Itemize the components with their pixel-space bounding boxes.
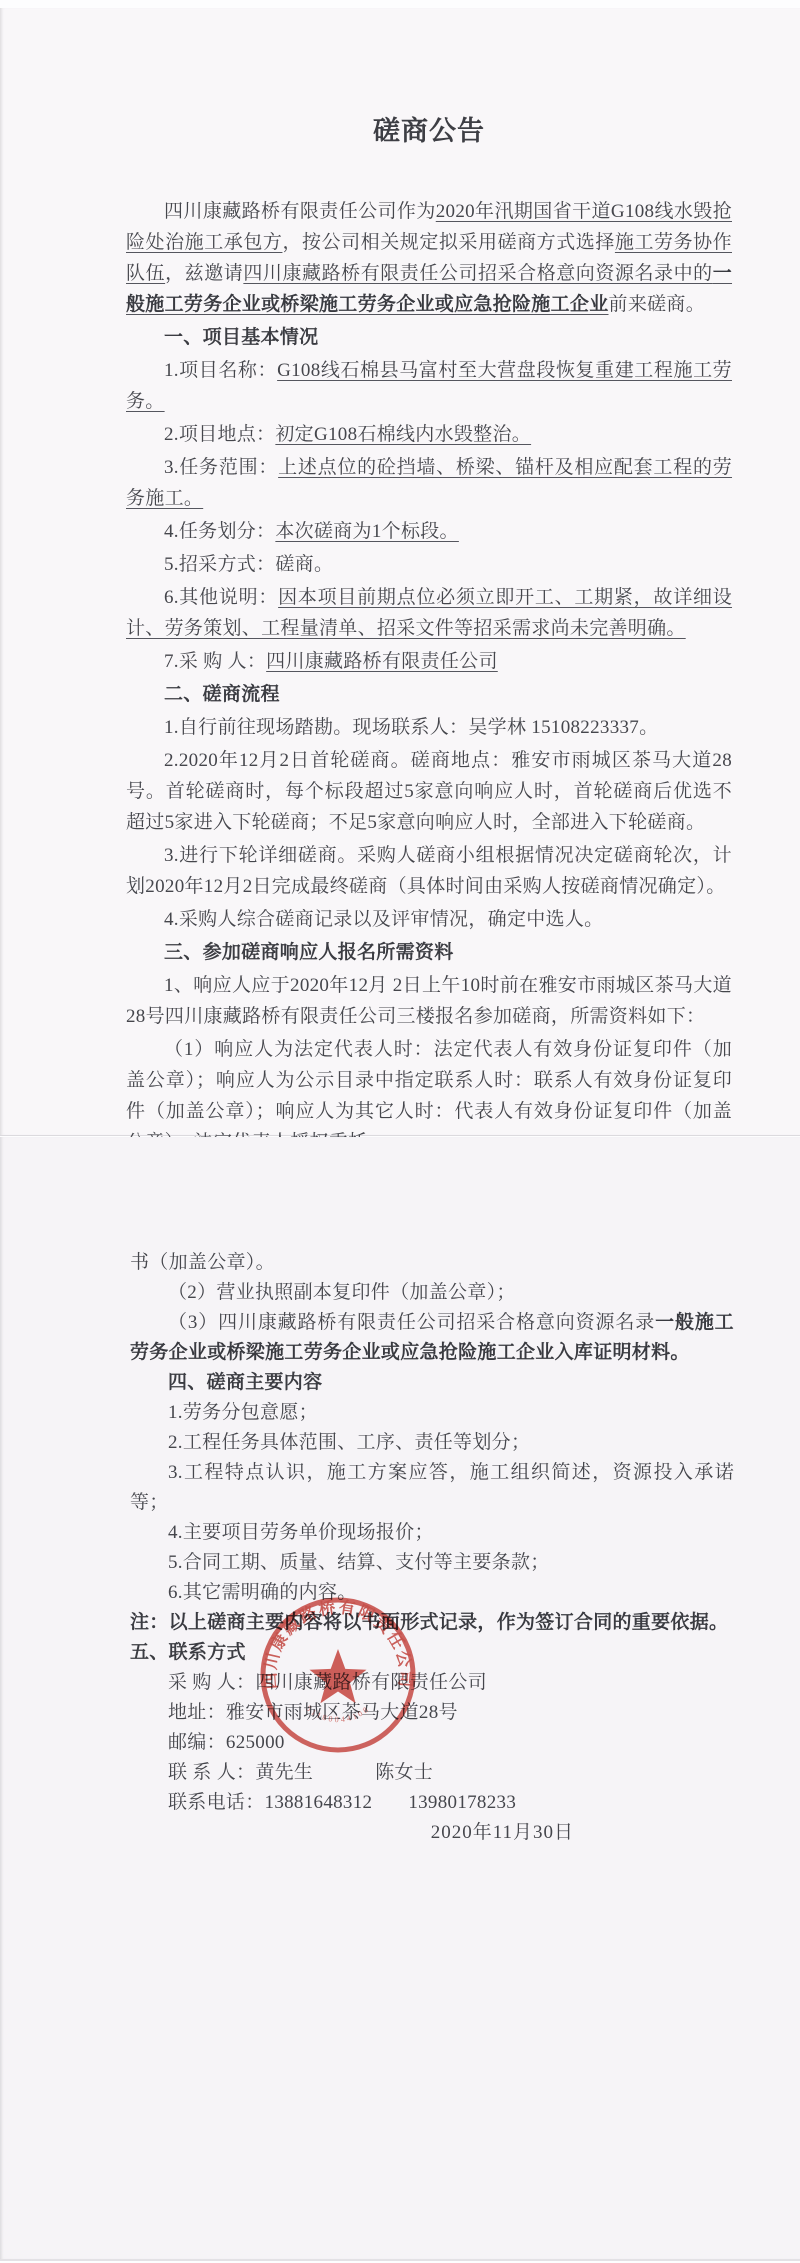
- content-item-3: 3.工程特点认识，施工方案应答，施工组织简述，资源投入承诺等；: [130, 1458, 734, 1518]
- note-line: 注：以上磋商主要内容将以书面形式记录，作为签订合同的重要依据。: [130, 1608, 734, 1638]
- document-page-2: 书（加盖公章）。 （2）营业执照副本复印件（加盖公章）； （3）四川康藏路桥有限…: [0, 1137, 800, 2261]
- contact-label: 地址：: [168, 1702, 226, 1723]
- item-label: 2.项目地点：: [164, 424, 275, 445]
- content-item-1: 1.劳务分包意愿；: [130, 1398, 734, 1428]
- item-label: 3.任务范围：: [164, 457, 278, 478]
- registration-sub-1-continued: 书（加盖公章）。: [130, 1248, 734, 1278]
- contact-postcode-value: 625000: [226, 1732, 285, 1753]
- contact-buyer-line: 采 购 人：四川康藏路桥有限责任公司: [130, 1668, 734, 1698]
- task-scope-item: 3.任务范围：上述点位的砼挡墙、桥梁、锚杆及相应配套工程的劳务施工。: [126, 452, 732, 514]
- contact-phone-2: 13980178233: [408, 1792, 516, 1813]
- contact-address-line: 地址：雅安市雨城区茶马大道28号: [130, 1698, 734, 1728]
- contact-phone-1: 13881648312: [265, 1792, 373, 1813]
- contact-label: 采 购 人：: [168, 1672, 255, 1693]
- page-title: 磋商公告: [126, 110, 732, 152]
- intro-text: ，兹邀请: [165, 263, 243, 284]
- intro-paragraph: 四川康藏路桥有限责任公司作为2020年汛期国省干道G108线水毁抢险处治施工承包…: [126, 196, 732, 320]
- intro-underlined-list: 四川康藏路桥有限责任公司招采合格意向资源名录中的: [243, 263, 712, 284]
- item-label: 5.招采方式：: [164, 554, 275, 575]
- item-label: 4.任务划分：: [164, 521, 275, 542]
- project-name-item: 1.项目名称：G108线石棉县马富村至大营盘段恢复重建工程施工劳务。: [126, 355, 732, 417]
- item-label: 7.采 购 人：: [164, 651, 266, 672]
- contact-postcode-line: 邮编：625000: [130, 1728, 734, 1758]
- process-item-3: 3.进行下轮详细磋商。采购人磋商小组根据情况决定磋商轮次，计划2020年12月2…: [126, 840, 732, 902]
- process-item-2: 2.2020年12月2日首轮磋商。磋商地点：雅安市雨城区茶马大道28号。首轮磋商…: [126, 745, 732, 838]
- procurement-method-item: 5.招采方式：磋商。: [126, 549, 732, 580]
- sub3-plain-text: （3）四川康藏路桥有限责任公司招采合格意向资源名录: [168, 1312, 655, 1333]
- content-item-4: 4.主要项目劳务单价现场报价；: [130, 1518, 734, 1548]
- contact-address-value: 雅安市雨城区茶马大道28号: [226, 1702, 458, 1723]
- contact-phones-line: 联系电话：1388164831213980178233: [130, 1788, 734, 1818]
- content-item-5: 5.合同工期、质量、结算、支付等主要条款；: [130, 1548, 734, 1578]
- registration-sub-3: （3）四川康藏路桥有限责任公司招采合格意向资源名录一般施工劳务企业或桥梁施工劳务…: [130, 1308, 734, 1368]
- item-label: 1.项目名称：: [164, 360, 277, 381]
- contact-person-1: 黄先生: [255, 1762, 313, 1783]
- procurement-method-value: 磋商。: [275, 554, 333, 575]
- item-label: 6.其他说明：: [164, 587, 278, 608]
- registration-sub-2: （2）营业执照副本复印件（加盖公章）；: [130, 1278, 734, 1308]
- section3-heading: 三、参加磋商响应人报名所需资料: [126, 937, 732, 968]
- purchaser-value: 四川康藏路桥有限责任公司: [266, 651, 498, 672]
- project-location-value: 初定G108石棉线内水毁整治。: [275, 424, 531, 445]
- intro-text: 前来磋商。: [609, 294, 706, 315]
- content-item-6: 6.其它需明确的内容。: [130, 1578, 734, 1608]
- process-item-1: 1.自行前往现场踏勘。现场联系人：吴学林 15108223337。: [126, 712, 732, 743]
- contact-persons-line: 联 系 人：黄先生陈女士: [130, 1758, 734, 1788]
- contact-label: 联 系 人：: [168, 1762, 255, 1783]
- contact-label: 邮编：: [168, 1732, 226, 1753]
- document-date: 2020年11月30日: [130, 1818, 734, 1848]
- contact-buyer-value: 四川康藏路桥有限责任公司: [255, 1672, 487, 1693]
- task-division-item: 4.任务划分：本次磋商为1个标段。: [126, 516, 732, 547]
- intro-text: ，按公司相关规定拟采用磋商方式选择: [282, 232, 614, 253]
- task-division-value: 本次磋商为1个标段。: [275, 521, 459, 542]
- content-item-2: 2.工程任务具体范围、工序、责任等划分；: [130, 1428, 734, 1458]
- registration-item-1: 1、响应人应于2020年12月 2日上午10时前在雅安市雨城区茶马大道28号四川…: [126, 970, 732, 1032]
- contact-label: 联系电话：: [168, 1792, 265, 1813]
- project-location-item: 2.项目地点：初定G108石棉线内水毁整治。: [126, 419, 732, 450]
- section1-heading: 一、项目基本情况: [126, 322, 732, 353]
- document-page-1: 磋商公告 四川康藏路桥有限责任公司作为2020年汛期国省干道G108线水毁抢险处…: [0, 8, 800, 1136]
- section5-heading: 五、联系方式: [130, 1638, 734, 1668]
- contact-person-2: 陈女士: [375, 1762, 433, 1783]
- section2-heading: 二、磋商流程: [126, 679, 732, 710]
- process-item-4: 4.采购人综合磋商记录以及评审情况，确定中选人。: [126, 904, 732, 935]
- other-notes-item: 6.其他说明：因本项目前期点位必须立即开工、工期紧，故详细设计、劳务策划、工程量…: [126, 582, 732, 644]
- purchaser-item: 7.采 购 人：四川康藏路桥有限责任公司: [126, 646, 732, 677]
- section4-heading: 四、磋商主要内容: [130, 1368, 734, 1398]
- intro-text: 四川康藏路桥有限责任公司作为: [164, 201, 436, 222]
